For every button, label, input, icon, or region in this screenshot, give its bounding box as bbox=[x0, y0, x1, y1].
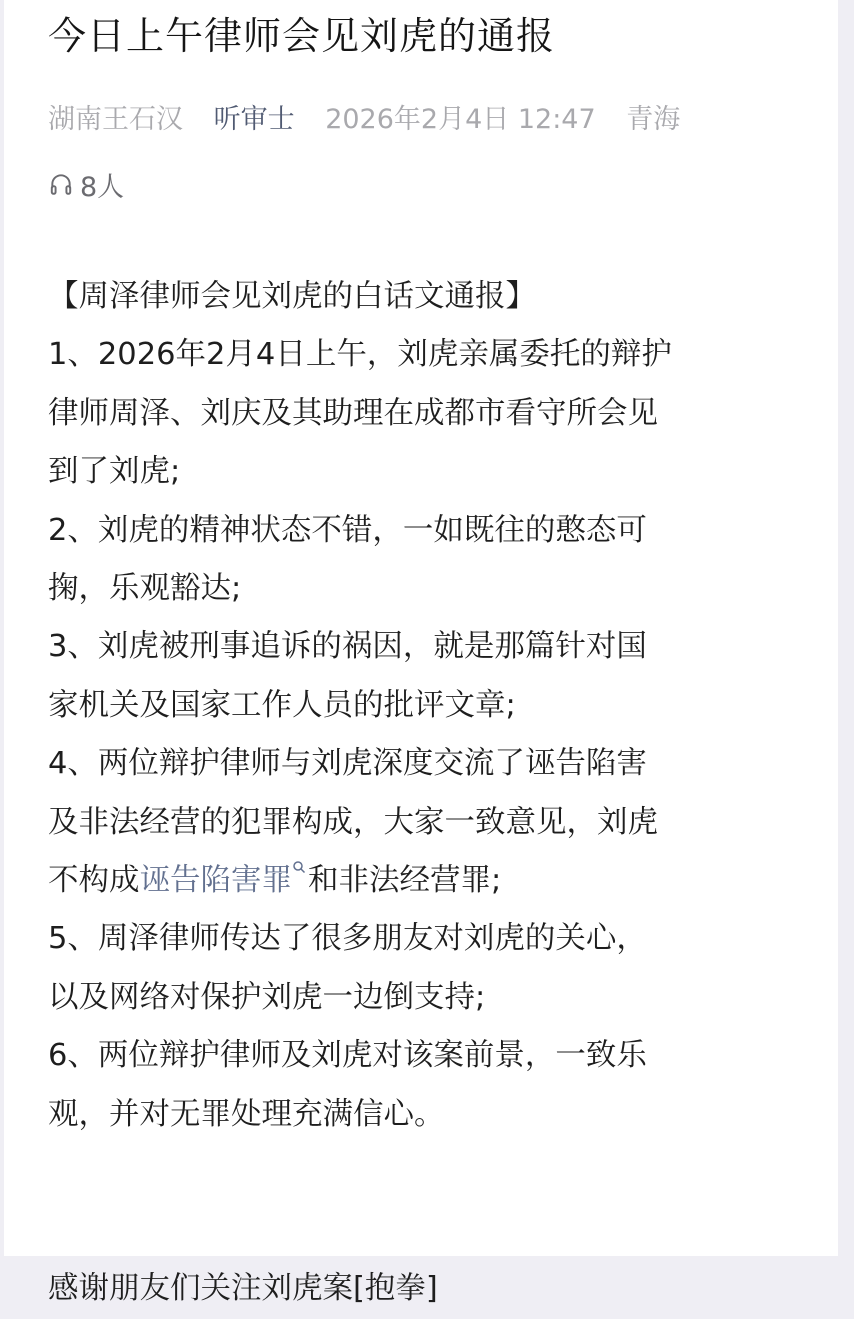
body-line: 6、两位辩护律师及刘虎对该案前景，一致乐 bbox=[48, 1027, 818, 1085]
body-line: 观，并对无罪处理充满信心。 bbox=[48, 1086, 818, 1144]
article-body: 【周泽律师会见刘虎的白话文通报】 1、2026年2月4日上午，刘虎亲属委托的辩护… bbox=[48, 268, 818, 1256]
article-meta: 湖南王石汉 听审士 2026年2月4日 12:47 青海 bbox=[48, 100, 680, 140]
author-name[interactable]: 湖南王石汉 bbox=[48, 104, 183, 135]
listen-button[interactable]: 8人 bbox=[48, 164, 124, 204]
body-text: 和非法经营罪; bbox=[308, 863, 501, 898]
article-page: 今日上午律师会见刘虎的通报 湖南王石汉 听审士 2026年2月4日 12:47 … bbox=[4, 0, 838, 1256]
body-line: 掬，乐观豁达; bbox=[48, 560, 818, 618]
body-line: 到了刘虎; bbox=[48, 443, 818, 501]
spacer bbox=[48, 1144, 818, 1256]
listener-count: 8人 bbox=[80, 165, 124, 204]
headphones-icon bbox=[48, 171, 74, 197]
body-line: 3、刘虎被刑事追诉的祸因，就是那篇针对国 bbox=[48, 618, 818, 676]
body-heading: 【周泽律师会见刘虎的白话文通报】 bbox=[48, 268, 818, 326]
body-line: 律师周泽、刘庆及其助理在成都市看守所会见 bbox=[48, 385, 818, 443]
publish-datetime: 2026年2月4日 12:47 bbox=[325, 104, 595, 135]
account-name[interactable]: 听审士 bbox=[214, 104, 295, 135]
body-text: 不构成 bbox=[48, 863, 140, 898]
body-line: 5、周泽律师传达了很多朋友对刘虎的关心， bbox=[48, 910, 818, 968]
body-line: 家机关及国家工作人员的批评文章; bbox=[48, 677, 818, 735]
body-line: 2、刘虎的精神状态不错，一如既往的憨态可 bbox=[48, 502, 818, 560]
body-line: 4、两位辩护律师与刘虎深度交流了诬告陷害 bbox=[48, 735, 818, 793]
body-line: 及非法经营的犯罪构成，大家一致意见，刘虎 bbox=[48, 794, 818, 852]
body-line: 1、2026年2月4日上午，刘虎亲属委托的辩护 bbox=[48, 326, 818, 384]
search-icon[interactable] bbox=[292, 860, 306, 874]
article-title: 今日上午律师会见刘虎的通报 bbox=[48, 8, 555, 64]
search-term-link[interactable]: 诬告陷害罪 bbox=[140, 863, 293, 898]
body-line-with-link: 不构成诬告陷害罪和非法经营罪; bbox=[48, 852, 818, 910]
publish-location: 青海 bbox=[626, 104, 680, 135]
body-line: 以及网络对保护刘虎一边倒支持; bbox=[48, 969, 818, 1027]
